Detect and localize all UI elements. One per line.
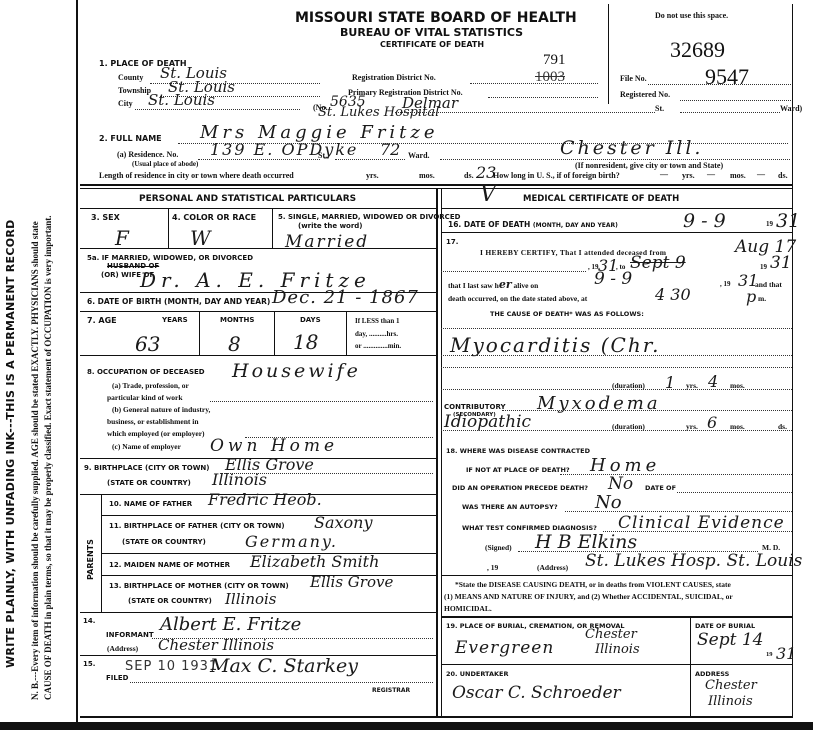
signed-value: H B Elkins xyxy=(535,531,637,553)
row-rule-dob xyxy=(80,311,436,312)
last-saw-label: that I last saw her alive on xyxy=(448,278,538,291)
undertaker-address-1: Chester xyxy=(705,678,757,693)
row-rule-age xyxy=(80,355,436,356)
informant-value: Albert E. Fritze xyxy=(160,614,301,635)
contributory-value-2: Idiopathic xyxy=(444,412,531,432)
cause-line-1 xyxy=(441,328,792,329)
registered-no-label: Registered No. xyxy=(620,90,670,99)
occupation-b-label-2: business, or establishment in xyxy=(107,417,199,426)
personal-title-rule xyxy=(80,208,436,209)
to-year-prefix: 19 xyxy=(760,263,767,271)
cause-label: THE CAUSE OF DEATH* WAS AS FOLLOWS: xyxy=(490,310,644,318)
race-label: 4. COLOR OR RACE xyxy=(172,213,256,222)
row-rule-mother-birth xyxy=(80,612,436,613)
burial-place-state: Illinois xyxy=(595,642,640,657)
duration2-ds-label: ds. xyxy=(778,422,787,431)
length-residence-label: Length of residence in city or town wher… xyxy=(99,171,294,180)
parents-side-label: PARENTS xyxy=(86,539,95,580)
nonresident-value: Chester Ill. xyxy=(560,137,703,159)
burial-place-value: Evergreen xyxy=(455,638,554,658)
row-rule-footnote xyxy=(441,616,792,618)
test-value: Clinical Evidence xyxy=(618,513,785,533)
informant-num: 14. xyxy=(83,617,95,625)
birthplace-state-label: (STATE OR COUNTRY) xyxy=(107,479,191,487)
duration1-label: (duration) xyxy=(612,381,645,390)
date-death-year-prefix: 19 xyxy=(766,220,773,228)
sex-race-divider xyxy=(168,208,169,248)
certify-num: 17. xyxy=(446,238,458,246)
race-marital-divider xyxy=(272,208,273,248)
informant-label: INFORMANT xyxy=(106,631,154,639)
father-birth-state-label: (STATE OR COUNTRY) xyxy=(122,538,206,546)
residence-st-value: 72 xyxy=(380,140,400,159)
reg-district-value: 1003 xyxy=(535,69,565,86)
registered-no-line xyxy=(680,100,793,101)
left-margin-rule xyxy=(76,0,78,722)
filed-num: 15. xyxy=(83,660,95,668)
contributory-line xyxy=(502,410,792,411)
medical-title-rule xyxy=(441,208,792,209)
city-value: St. Louis xyxy=(148,91,215,109)
age-days-label: DAYS xyxy=(300,316,321,324)
ward-line xyxy=(680,112,780,113)
date-death-year: 31 xyxy=(776,210,800,232)
foreign-yrs-label: yrs. xyxy=(682,171,695,180)
duration1-mos-value: 4 xyxy=(708,372,718,391)
undertaker-address-label: ADDRESS xyxy=(695,670,729,678)
age-divider-3 xyxy=(346,311,347,355)
residence-st-label: St., xyxy=(318,151,329,160)
from-line xyxy=(441,271,586,272)
less-or-label: or ..............min. xyxy=(355,342,401,350)
dob-value: Dec. 21 - 1867 xyxy=(272,287,419,308)
bottom-rule xyxy=(80,716,792,718)
duration2-yrs-label: yrs. xyxy=(686,422,698,431)
alive-on-label: alive on xyxy=(514,281,539,290)
row-rule-sex xyxy=(80,248,436,249)
personal-section-title: PERSONAL AND STATISTICAL PARTICULARS xyxy=(139,194,356,204)
father-name-label: 10. NAME OF FATHER xyxy=(109,500,192,508)
residence-st-line xyxy=(335,159,405,160)
informant-address-value: Chester Illinois xyxy=(158,636,274,654)
row-rule-burial xyxy=(441,664,792,665)
date-death-hint: (MONTH, DAY AND YEAR) xyxy=(533,222,618,229)
burial-year-value: 31 xyxy=(776,644,796,663)
last-saw-label-text: that I last saw h xyxy=(448,281,499,290)
age-years-value: 63 xyxy=(135,332,160,356)
sex-value: F xyxy=(115,226,129,250)
age-label: 7. AGE xyxy=(87,316,117,325)
burial-date-label: DATE OF BURIAL xyxy=(695,622,755,630)
section-top-rule xyxy=(80,184,792,186)
duration2-mos-label: mos. xyxy=(730,422,745,431)
undertaker-address-2: Illinois xyxy=(708,694,753,709)
last-saw-her: er xyxy=(499,278,512,291)
foreign-birth-label: How long in U. S., if of foreign birth? xyxy=(493,171,620,180)
occupation-a-label: (a) Trade, profession, or xyxy=(112,381,189,390)
age-divider-2 xyxy=(274,311,275,355)
street-line xyxy=(395,112,655,113)
footnote-line1: *State the DISEASE CAUSING DEATH, or in … xyxy=(455,580,731,589)
filed-line xyxy=(130,682,433,683)
do-not-use-note: Do not use this space. xyxy=(655,11,728,20)
burial-place-city: Chester xyxy=(585,627,637,642)
certificate-type: CERTIFICATE OF DEATH xyxy=(380,40,484,49)
occurred-label: death occurred, on the date stated above… xyxy=(448,294,587,303)
less-than-label: If LESS than 1 xyxy=(355,317,400,325)
stamp-number: 32689 xyxy=(670,37,725,63)
comma19-label: , 19 xyxy=(487,563,498,572)
date-of-label: DATE OF xyxy=(645,484,676,492)
date-of-line xyxy=(677,492,792,493)
occupation-value: Housewife xyxy=(232,360,361,382)
residence-label: (a) Residence. No. xyxy=(117,150,178,159)
duration1-mos-label: mos. xyxy=(730,381,745,390)
age-months-value: 8 xyxy=(228,332,241,356)
autopsy-value: No xyxy=(595,492,622,513)
age-years-label: YEARS xyxy=(162,316,188,324)
attended-to-value: Sept 9 xyxy=(630,253,686,273)
nonresident-line xyxy=(440,159,790,160)
operation-value: No xyxy=(608,474,633,494)
last-saw-year-prefix: , 19 xyxy=(720,280,731,288)
center-divider xyxy=(436,188,438,718)
primary-reg-line xyxy=(488,97,598,98)
occupation-b-label: (b) General nature of industry, xyxy=(112,405,210,414)
reg-district-label: Registration District No. xyxy=(352,73,436,82)
foreign-ds-value: — xyxy=(757,170,765,179)
autopsy-label: WAS THERE AN AUTOPSY? xyxy=(462,503,558,511)
cause-line-3 xyxy=(441,367,792,368)
foreign-yrs-value: — xyxy=(660,170,668,179)
burial-divider xyxy=(690,616,691,718)
residence-sub-label: (Usual place of abode) xyxy=(132,160,198,168)
center-divider-2 xyxy=(441,188,442,718)
dob-label: 6. DATE OF BIRTH (MONTH, DAY AND YEAR) xyxy=(87,297,270,306)
mother-name-value: Elizabeth Smith xyxy=(250,552,379,571)
length-yrs-label: yrs. xyxy=(366,171,379,180)
city-label: City xyxy=(118,99,133,108)
birthplace-state-value: Illinois xyxy=(212,470,267,489)
birthplace-label: 9. BIRTHPLACE (CITY OR TOWN) xyxy=(84,464,209,472)
duration2-mos-value: 6 xyxy=(707,413,717,432)
township-label: Township xyxy=(118,86,151,95)
undertaker-value: Oscar C. Schroeder xyxy=(452,683,621,703)
mother-birth-label: 13. BIRTHPLACE OF MOTHER (CITY OR TOWN) xyxy=(109,582,289,590)
marital-hint: (write the word) xyxy=(278,222,363,230)
last-saw-date-value: 9 - 9 xyxy=(594,269,632,289)
nonresident-hint: (If nonresident, give city or town and S… xyxy=(575,161,723,170)
employer-value: Own Home xyxy=(210,436,338,456)
marital-label: 5. SINGLE, MARRIED, WIDOWED OR DIVORCED … xyxy=(278,213,460,231)
header-divider xyxy=(608,4,609,104)
date-death-label: 16. DATE OF DEATH (MONTH, DAY AND YEAR) xyxy=(448,220,618,229)
residence-value: 139 E. OPDyke xyxy=(210,140,358,159)
occupation-b-label-3: which employed (or employer) xyxy=(107,429,205,438)
full-name-label: 2. FULL NAME xyxy=(99,134,162,143)
not-at-place-label: IF NOT AT PLACE OF DEATH? xyxy=(466,466,570,474)
less-day-label: day, ..........hrs. xyxy=(355,330,398,338)
occupation-a-label-2: particular kind of work xyxy=(107,393,183,402)
row-rule-date-death xyxy=(441,232,792,233)
footnote-line3: HOMICIDAL. xyxy=(444,604,492,613)
file-no-label: File No. xyxy=(620,74,647,83)
foreign-mos-value: — xyxy=(707,170,715,179)
margin-note-line2: CAUSE OF DEATH in plain terms, so that i… xyxy=(43,216,53,700)
contracted-line xyxy=(560,474,792,475)
father-birth-state-value: Germany. xyxy=(245,532,338,551)
age-days-value: 18 xyxy=(293,330,318,354)
reg-district-line xyxy=(470,83,598,84)
father-name-value: Fredric Heob. xyxy=(208,490,322,509)
margin-note-line1: N. B.---Every item of information should… xyxy=(30,221,40,700)
length-ds-label: ds. xyxy=(464,171,474,180)
file-no-value: 9547 xyxy=(705,64,749,90)
date-death-value: 9 - 9 xyxy=(683,210,726,232)
and-that-label: and that xyxy=(755,280,782,289)
operation-label: DID AN OPERATION PRECEDE DEATH? xyxy=(452,484,588,492)
father-birth-label: 11. BIRTHPLACE OF FATHER (CITY OR TOWN) xyxy=(109,522,285,530)
spouse-label: 5a. IF MARRIED, WIDOWED, OR DIVORCED xyxy=(87,254,253,262)
to-year-value: 31 xyxy=(770,253,792,273)
race-value: W xyxy=(190,226,211,250)
registrar-label: REGISTRAR xyxy=(372,687,410,694)
m-label: m. xyxy=(758,294,766,303)
registrar-signature: Max C. Starkey xyxy=(210,655,358,677)
mother-birth-city-value: Ellis Grove xyxy=(310,573,393,591)
board-title: MISSOURI STATE BOARD OF HEALTH xyxy=(295,10,577,26)
street-st-label: St. xyxy=(655,104,664,113)
sex-label: 3. SEX xyxy=(91,213,120,222)
city-line xyxy=(135,109,300,110)
contracted-label: 18. WHERE WAS DISEASE CONTRACTED xyxy=(446,447,590,455)
scan-bottom-edge xyxy=(0,722,813,730)
permanent-record-warning: WRITE PLAINLY, WITH UNFADING INK---THIS … xyxy=(4,219,17,668)
age-months-label: MONTHS xyxy=(220,316,254,324)
foreign-ds-label: ds. xyxy=(778,171,788,180)
burial-date-value: Sept 14 xyxy=(697,630,763,650)
father-birth-city-value: Saxony xyxy=(314,513,373,532)
footnote-line2: (1) MEANS AND NATURE OF INJURY, and (2) … xyxy=(444,592,733,601)
date-death-label-text: 16. DATE OF DEATH xyxy=(448,220,530,229)
filed-label: FILED xyxy=(106,674,128,682)
duration1-yrs-label: yrs. xyxy=(686,381,698,390)
mother-birth-state-label: (STATE OR COUNTRY) xyxy=(128,597,212,605)
mother-birth-state-value: Illinois xyxy=(225,590,277,608)
age-divider-1 xyxy=(199,311,200,355)
occupation-label: 8. OCCUPATION OF DECEASED xyxy=(87,368,205,376)
autopsy-line xyxy=(565,511,792,512)
cause-line-2 xyxy=(441,355,792,356)
residence-line xyxy=(198,159,320,160)
length-mos-label: mos. xyxy=(419,171,435,180)
time-value: 4 30 xyxy=(655,285,691,304)
marital-value: Married xyxy=(285,232,369,252)
physician-address-label: (Address) xyxy=(537,563,568,572)
residence-ward-label: Ward. xyxy=(408,151,430,160)
row-rule-father xyxy=(101,515,436,516)
duration1-yrs-value: 1 xyxy=(665,373,675,392)
row-rule-signed xyxy=(441,575,792,576)
signed-label: (Signed) xyxy=(485,543,512,552)
bureau-subtitle: BUREAU OF VITAL STATISTICS xyxy=(340,26,523,39)
burial-year-prefix: 19 xyxy=(766,651,773,658)
cause-value: Myocarditis (Chr. xyxy=(450,333,660,357)
foreign-mos-label: mos. xyxy=(730,171,746,180)
contracted-value: Home xyxy=(590,455,660,476)
right-border xyxy=(792,4,793,718)
employer-label: (c) Name of employer xyxy=(112,442,181,451)
reg-district-upper: 791 xyxy=(543,52,566,69)
marital-label-text: 5. SINGLE, MARRIED, WIDOWED OR DIVORCED xyxy=(278,213,460,221)
filed-date-stamp: SEP 10 1931 xyxy=(125,659,218,674)
undertaker-label: 20. UNDERTAKER xyxy=(446,670,509,678)
duration2-label: (duration) xyxy=(612,422,645,431)
contributory-label: CONTRIBUTORY xyxy=(444,403,506,411)
county-label: County xyxy=(118,73,143,82)
informant-address-label: (Address) xyxy=(107,644,138,653)
ampm-value: p xyxy=(746,287,756,306)
mother-name-label: 12. MAIDEN NAME OF MOTHER xyxy=(109,561,230,569)
check-mark: V xyxy=(480,182,496,207)
occupation-a-line xyxy=(210,401,433,402)
medical-section-title: MEDICAL CERTIFICATE OF DEATH xyxy=(523,194,679,204)
physician-address-value: St. Lukes Hosp. St. Louis xyxy=(585,551,802,571)
